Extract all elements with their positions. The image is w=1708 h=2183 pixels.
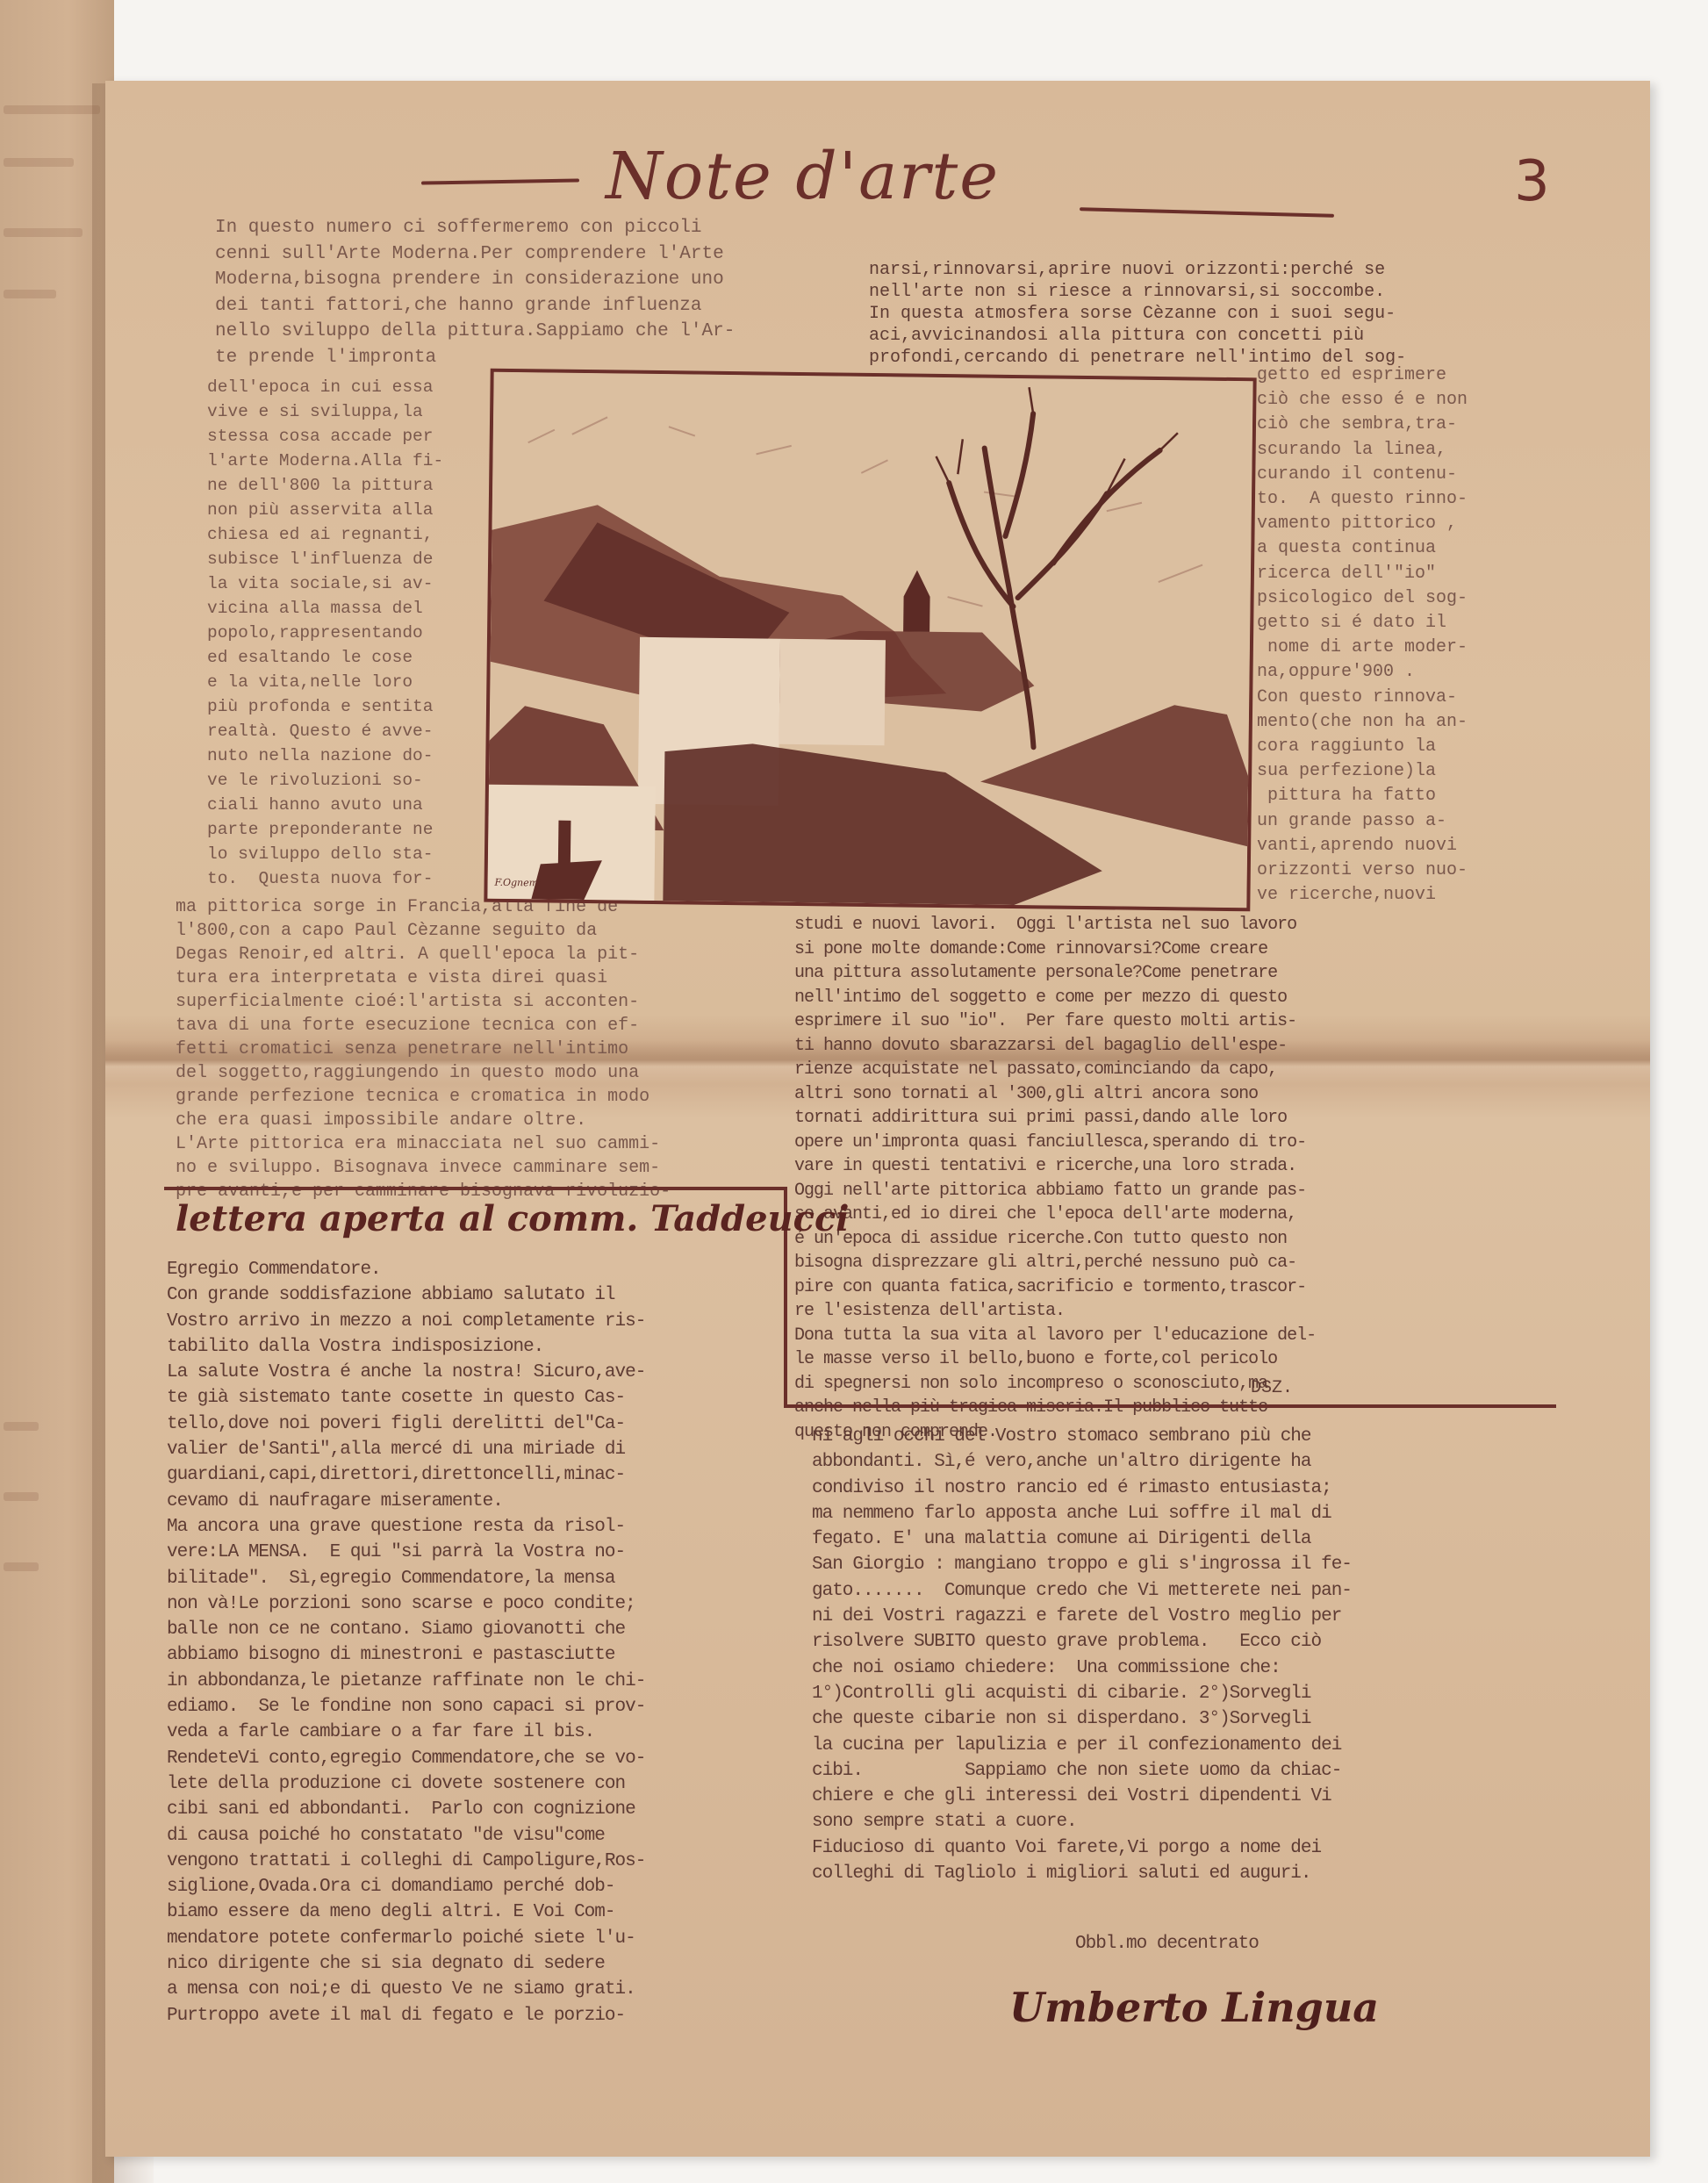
- text-line: nell'arte non si riesce a rinnovarsi,si …: [869, 281, 1406, 303]
- text-line: tornati addirittura sui primi passi,dand…: [794, 1106, 1316, 1131]
- sketch-drawing: F.Ognemi: [487, 372, 1252, 908]
- text-line: del soggetto,raggiungendo in questo modo…: [176, 1061, 671, 1085]
- article-left-column-wrap: dell'epoca in cui essavive e si sviluppa…: [207, 375, 443, 891]
- text-line: fegato. E' una malattia comune ai Dirige…: [812, 1526, 1352, 1552]
- text-line: sua perfezione)la: [1257, 759, 1468, 784]
- text-line: Con grande soddisfazione abbiamo salutat…: [167, 1282, 645, 1308]
- page-title: Note d'arte: [606, 139, 1000, 214]
- text-line: Degas Renoir,ed altri. A quell'epoca la …: [176, 943, 671, 966]
- text-line: ve ricerche,nuovi: [1257, 883, 1468, 908]
- text-line: grande perfezione tecnica e cromatica in…: [176, 1085, 671, 1109]
- text-line: vare in questi tentativi e ricerche,una …: [794, 1154, 1316, 1179]
- text-line: balle non ce ne contano. Siamo giovanott…: [167, 1617, 645, 1642]
- text-line: so avanti,ed io direi che l'epoca dell'a…: [794, 1203, 1316, 1227]
- text-line: sono sempre stati a cuore.: [812, 1809, 1352, 1835]
- text-line: cibi sani ed abbondanti. Parlo con cogni…: [167, 1797, 645, 1822]
- text-line: nello sviluppo della pittura.Sappiamo ch…: [215, 319, 735, 345]
- text-line: nuto nella nazione do-: [207, 743, 443, 768]
- text-line: l'800,con a capo Paul Cèzanne seguito da: [176, 919, 671, 943]
- text-line: Oggi nell'arte pittorica abbiamo fatto u…: [794, 1179, 1316, 1203]
- text-line: e la vita,nelle loro: [207, 670, 443, 694]
- text-line: che era quasi impossibile andare oltre.: [176, 1109, 671, 1132]
- text-line: la cucina per lapulizia e per il confezi…: [812, 1733, 1352, 1758]
- text-line: che noi osiamo chiedere: Una commissione…: [812, 1655, 1352, 1681]
- text-line: nome di arte moder-: [1257, 636, 1468, 660]
- text-line: popolo,rappresentando: [207, 621, 443, 645]
- text-line: rienze acquistate nel passato,cominciand…: [794, 1058, 1316, 1082]
- bleed-through-text: [4, 1422, 39, 1431]
- text-line: in abbondanza,le pietanze raffinate non …: [167, 1669, 645, 1694]
- text-line: a questa continua: [1257, 536, 1468, 561]
- text-line: ciò che esso é e non: [1257, 388, 1468, 413]
- letter-title: lettera aperta al comm. Taddeucci: [176, 1198, 850, 1239]
- text-line: Egregio Commendatore.: [167, 1257, 645, 1282]
- text-line: narsi,rinnovarsi,aprire nuovi orizzonti:…: [869, 259, 1406, 281]
- text-line: psicologico del sog-: [1257, 586, 1468, 611]
- text-line: vanti,aprendo nuovi: [1257, 834, 1468, 858]
- text-line: cibi. Sappiamo che non siete uomo da chi…: [812, 1758, 1352, 1784]
- bleed-through-text: [4, 1492, 39, 1501]
- text-line: altri sono tornati al '300,gli altri anc…: [794, 1082, 1316, 1107]
- text-line: tava di una forte esecuzione tecnica con…: [176, 1014, 671, 1038]
- text-line: getto si é dato il: [1257, 611, 1468, 636]
- letter-right-column: ni agli occhi del Vostro stomaco sembran…: [812, 1424, 1352, 1886]
- text-line: ne dell'800 la pittura: [207, 473, 443, 498]
- text-line: te già sistemato tante cosette in questo…: [167, 1385, 645, 1411]
- text-line: L'Arte pittorica era minacciata nel suo …: [176, 1132, 671, 1156]
- text-line: cevamo di naufragare miseramente.: [167, 1489, 645, 1514]
- text-line: dell'epoca in cui essa: [207, 375, 443, 399]
- text-line: La salute Vostra é anche la nostra! Sicu…: [167, 1360, 645, 1385]
- text-line: bilitade". Sì,egregio Commendatore,la me…: [167, 1566, 645, 1591]
- text-line: Vostro arrivo in mezzo a noi completamen…: [167, 1309, 645, 1334]
- article-right-column-top: narsi,rinnovarsi,aprire nuovi orizzonti:…: [869, 259, 1406, 369]
- text-line: non più asservita alla: [207, 498, 443, 522]
- text-line: Con questo rinnova-: [1257, 686, 1468, 710]
- text-line: orizzonti verso nuo-: [1257, 858, 1468, 883]
- text-line: no e sviluppo. Bisognava invece camminar…: [176, 1156, 671, 1180]
- text-line: realtà. Questo é avve-: [207, 719, 443, 743]
- text-line: mento(che non ha an-: [1257, 710, 1468, 735]
- text-line: ciò che sembra,tra-: [1257, 413, 1468, 437]
- bleed-through-text: [4, 1562, 39, 1571]
- text-line: tello,dove noi poveri figli derelitti de…: [167, 1411, 645, 1437]
- text-line: chiesa ed ai regnanti,: [207, 522, 443, 547]
- text-line: tabilito dalla Vostra indisposizione.: [167, 1334, 645, 1360]
- text-line: Purtroppo avete il mal di fegato e le po…: [167, 2003, 645, 2029]
- text-line: biamo essere da meno degli altri. E Voi …: [167, 1899, 645, 1925]
- text-line: nell'intimo del soggetto e come per mezz…: [794, 986, 1316, 1010]
- letter-closing: Obbl.mo decentrato: [1075, 1931, 1259, 1957]
- text-line: chiere e che gli interessi dei Vostri di…: [812, 1784, 1352, 1809]
- text-line: un grande passo a-: [1257, 809, 1468, 834]
- text-line: re l'esistenza dell'artista.: [794, 1299, 1316, 1324]
- text-line: subisce l'influenza de: [207, 547, 443, 571]
- article-author: DSZ.: [1251, 1375, 1293, 1402]
- text-line: a mensa con noi;e di questo Ve ne siamo …: [167, 1977, 645, 2002]
- text-line: fetti cromatici senza penetrare nell'int…: [176, 1038, 671, 1061]
- bleed-through-text: [4, 228, 83, 237]
- text-line: ed esaltando le cose: [207, 645, 443, 670]
- text-line: ti hanno dovuto sbarazzarsi del bagaglio…: [794, 1034, 1316, 1059]
- text-line: siglione,Ovada.Ora ci domandiamo perché …: [167, 1874, 645, 1899]
- text-line: Dona tutta la sua vita al lavoro per l'e…: [794, 1324, 1316, 1348]
- text-line: curando il contenu-: [1257, 463, 1468, 487]
- text-line: ma nemmeno farlo apposta anche Lui soffr…: [812, 1501, 1352, 1526]
- text-line: le masse verso il bello,buono e forte,co…: [794, 1347, 1316, 1372]
- text-line: nico dirigente che si sia degnato di sed…: [167, 1951, 645, 1977]
- text-line: ve le rivoluzioni so-: [207, 768, 443, 793]
- text-line: na,oppure'900 .: [1257, 660, 1468, 685]
- text-line: vicina alla massa del: [207, 596, 443, 621]
- text-line: pittura ha fatto: [1257, 784, 1468, 808]
- text-line: Fiducioso di quanto Voi farete,Vi porgo …: [812, 1835, 1352, 1861]
- bleed-through-text: [4, 290, 56, 298]
- text-line: colleghi di Tagliolo i migliori saluti e…: [812, 1861, 1352, 1886]
- text-line: vere:LA MENSA. E qui "si parrà la Vostra…: [167, 1540, 645, 1565]
- text-line: ni agli occhi del Vostro stomaco sembran…: [812, 1424, 1352, 1449]
- text-line: superficialmente cioé:l'artista si accon…: [176, 990, 671, 1014]
- article-left-column-bottom: ma pittorica sorge in Francia,alla fine …: [176, 895, 671, 1203]
- text-line: dei tanti fattori,che hanno grande influ…: [215, 293, 735, 320]
- text-line: lete della produzione ci dovete sostener…: [167, 1771, 645, 1797]
- text-line: guardiani,capi,direttori,direttoncelli,m…: [167, 1462, 645, 1488]
- text-line: l'arte Moderna.Alla fi-: [207, 449, 443, 473]
- text-line: di spegnersi non solo incompreso o scono…: [794, 1372, 1316, 1397]
- text-line: di causa poiché ho constatato "de visu"c…: [167, 1823, 645, 1849]
- letter-left-column: Egregio Commendatore.Con grande soddisfa…: [167, 1257, 645, 2029]
- text-line: la vita sociale,si av-: [207, 571, 443, 596]
- text-line: getto ed esprimere: [1257, 363, 1468, 388]
- svg-text:F.Ognemi: F.Ognemi: [494, 877, 542, 889]
- text-line: In questo numero ci soffermeremo con pic…: [215, 215, 735, 241]
- text-line: pire con quanta fatica,sacrificio e torm…: [794, 1275, 1316, 1300]
- text-line: una pittura assolutamente personale?Come…: [794, 961, 1316, 986]
- text-line: mendatore potete confermarlo poiché siet…: [167, 1926, 645, 1951]
- article-right-column-bottom: studi e nuovi lavori. Oggi l'artista nel…: [794, 913, 1316, 1444]
- text-line: 1°)Controlli gli acquisti di cibarie. 2°…: [812, 1681, 1352, 1706]
- text-line: Ma ancora una grave questione resta da r…: [167, 1514, 645, 1540]
- bleed-through-text: [4, 105, 100, 114]
- page-number: 3: [1514, 149, 1550, 214]
- text-line: vive e si sviluppa,la: [207, 399, 443, 424]
- text-line: scurando la linea,: [1257, 438, 1468, 463]
- text-line: lo sviluppo dello sta-: [207, 842, 443, 866]
- text-line: bisogna disprezzare gli altri,perché nes…: [794, 1251, 1316, 1275]
- text-line: vengono trattati i colleghi di Campoligu…: [167, 1849, 645, 1874]
- letter-frame-bottom: [784, 1404, 1556, 1408]
- text-line: tura era interpretata e vista direi quas…: [176, 966, 671, 990]
- text-line: ni dei Vostri ragazzi e farete del Vostr…: [812, 1604, 1352, 1629]
- text-line: cenni sull'Arte Moderna.Per comprendere …: [215, 241, 735, 268]
- text-line: opere un'impronta quasi fanciullesca,spe…: [794, 1131, 1316, 1155]
- article-right-column-wrap: getto ed esprimereciò che esso é e nonci…: [1257, 363, 1468, 908]
- text-line: non và!Le porzioni sono scarse e poco co…: [167, 1591, 645, 1617]
- text-line: cora raggiunto la: [1257, 735, 1468, 759]
- text-line: stessa cosa accade per: [207, 424, 443, 449]
- text-line: ricerca dell'"io": [1257, 562, 1468, 586]
- text-line: esprimere il suo "io". Per fare questo m…: [794, 1009, 1316, 1034]
- text-line: aci,avvicinandosi alla pittura con conce…: [869, 325, 1406, 347]
- text-line: che queste cibarie non si disperdano. 3°…: [812, 1706, 1352, 1732]
- text-line: valier de'Santi",alla mercé di una miria…: [167, 1437, 645, 1462]
- text-line: condiviso il nostro rancio ed é rimasto …: [812, 1476, 1352, 1501]
- text-line: to. A questo rinno-: [1257, 487, 1468, 512]
- text-line: gato....... Comunque credo che Vi metter…: [812, 1578, 1352, 1604]
- text-line: é un'epoca di assidue ricerche.Con tutto…: [794, 1227, 1316, 1252]
- text-line: vamento pittorico ,: [1257, 512, 1468, 536]
- text-line: ciali hanno avuto una: [207, 793, 443, 817]
- text-line: veda a farle cambiare o a far fare il bi…: [167, 1720, 645, 1745]
- text-line: parte preponderante ne: [207, 817, 443, 842]
- text-line: to. Questa nuova for-: [207, 866, 443, 891]
- text-line: In questa atmosfera sorse Cèzanne con i …: [869, 303, 1406, 325]
- article-left-column-top: In questo numero ci soffermeremo con pic…: [215, 215, 735, 370]
- bleed-through-text: [4, 158, 74, 167]
- text-line: abbiamo bisogno di minestroni e pastasci…: [167, 1642, 645, 1668]
- text-line: più profonda e sentita: [207, 694, 443, 719]
- letter-signature: Umberto Lingua: [1009, 1984, 1379, 2031]
- text-line: abbondanti. Sì,é vero,anche un'altro dir…: [812, 1449, 1352, 1475]
- village-rooftops-illustration: F.Ognemi: [484, 369, 1256, 912]
- text-line: ediamo. Se le fondine non sono capaci si…: [167, 1694, 645, 1720]
- text-line: RendeteVi conto,egregio Commendatore,che…: [167, 1746, 645, 1771]
- text-line: Moderna,bisogna prendere in considerazio…: [215, 267, 735, 293]
- text-line: si pone molte domande:Come rinnovarsi?Co…: [794, 937, 1316, 962]
- text-line: studi e nuovi lavori. Oggi l'artista nel…: [794, 913, 1316, 937]
- text-line: San Giorgio : mangiano troppo e gli s'in…: [812, 1552, 1352, 1577]
- text-line: risolvere SUBITO questo grave problema. …: [812, 1629, 1352, 1655]
- text-line: te prende l'impronta: [215, 345, 735, 371]
